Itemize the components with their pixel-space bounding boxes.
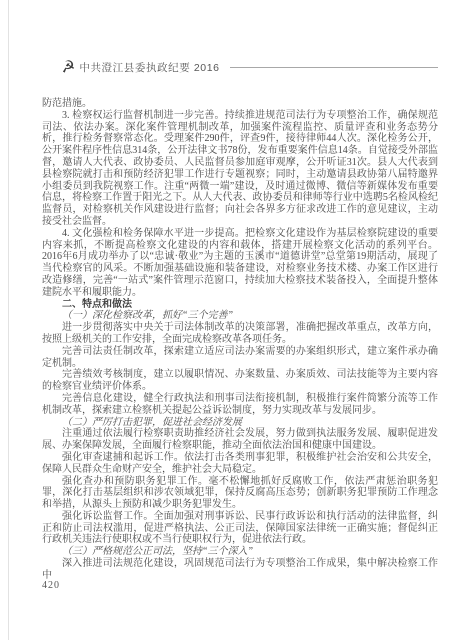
- paragraph: 二、特点和做法: [42, 299, 438, 311]
- paragraph: 完善信息化建设，健全行政执法和刑事司法衔接机制，积极推行案件简繁分流等工作机制改…: [42, 393, 438, 417]
- paragraph: 深入推进司法规范化建设，巩固规范司法行为专项整治工作成果，集中解决检察工作中: [42, 558, 438, 582]
- paragraph: 强化查办和预防职务犯罪工作。毫不松懈地抓好反腐败工作，依法严肃惩治职务犯罪，深化…: [42, 476, 438, 511]
- document-page: ☭ 中共澄江县委执政纪要 2016 防范措施。3. 检察权运行监督机制进一步完善…: [0, 0, 468, 640]
- scan-edge-line: [8, 0, 9, 640]
- party-emblem-icon: ☭: [60, 58, 76, 76]
- page-number: 420: [42, 580, 60, 591]
- paragraph: 强化审查逮捕和起诉工作。依法打击各类刑事犯罪，积极维护社会治安和公共安全，保障人…: [42, 452, 438, 476]
- paragraph: 进一步贯彻落实中央关于司法体制改革的决策部署，准确把握改革重点，改革方向，按照上…: [42, 322, 438, 346]
- paragraph: 3. 检察权运行监督机制进一步完善。持续推进规范司法行为专项整治工作，确保规范司…: [42, 110, 438, 228]
- paragraph: （一）深化检察改革，抓好“三个完善”: [42, 310, 438, 322]
- paragraph: 注重通过依法履行检察职责助推经济社会发展，努力做到执法服务发展、履职促进发展、办…: [42, 428, 438, 452]
- paragraph: （三）严格规范公正司法，坚持“三个深入”: [42, 546, 438, 558]
- page-footer: 420: [42, 580, 60, 591]
- paragraph: 防范措施。: [42, 98, 438, 110]
- paragraph: （二）严厉打击犯罪，促进社会经济发展: [42, 417, 438, 429]
- paragraph: 完善司法责任制改革，探索建立适应司法办案需要的办案组织形式，建立案件承办确定机制…: [42, 346, 438, 370]
- header-title: 中共澄江县委执政纪要 2016: [79, 60, 219, 75]
- paragraph: 强化诉讼监督工作。全面加强对刑事诉讼、民事行政诉讼和执行活动的法律监督，纠正和防…: [42, 511, 438, 546]
- paragraph: 4. 文化强检和检务保障水平进一步提高。把检察文化建设作为基层检察院建设的重要内…: [42, 228, 438, 299]
- header-rule: [230, 67, 438, 68]
- body-text: 防范措施。3. 检察权运行监督机制进一步完善。持续推进规范司法行为专项整治工作，…: [42, 98, 438, 582]
- page-header: ☭ 中共澄江县委执政纪要 2016: [61, 58, 438, 76]
- paragraph: 完善绩效考核制度，建立以履职情况、办案数量、办案质效、司法技能等为主要内容的检察…: [42, 369, 438, 393]
